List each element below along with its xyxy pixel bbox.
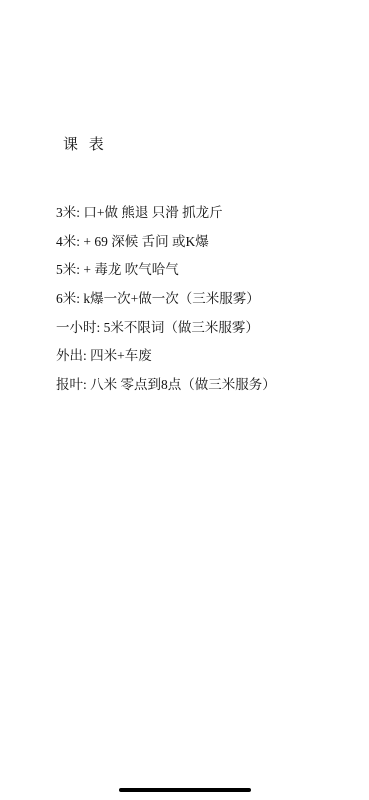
list-item: 报叶: 八米 零点到8点（做三米服务）: [56, 375, 276, 395]
home-indicator[interactable]: [119, 788, 251, 792]
list-item: 6米: k爆一次+做一次（三米服雾）: [56, 289, 276, 309]
list-item: 4米: + 69 深候 舌问 或K爆: [56, 232, 276, 252]
list-item: 3米: 口+做 熊退 只滑 抓龙斤: [56, 203, 276, 223]
list-item: 5米: + 毒龙 吹气哈气: [56, 260, 276, 280]
page-title: 课 表: [63, 134, 107, 154]
list-item: 一小时: 5米不限词（做三米服雾）: [56, 318, 276, 338]
list-item: 外出: 四米+车废: [56, 346, 276, 366]
schedule-list: 3米: 口+做 熊退 只滑 抓龙斤 4米: + 69 深候 舌问 或K爆 5米:…: [56, 203, 276, 404]
